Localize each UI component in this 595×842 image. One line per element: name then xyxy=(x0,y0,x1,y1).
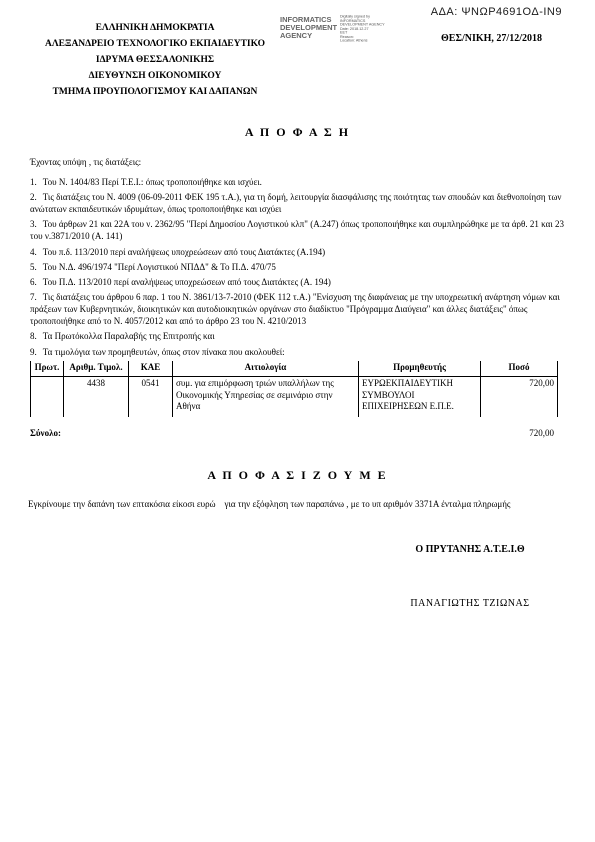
stamp-detail-lines: Digitally signed by INFORMATICS DEVELOPM… xyxy=(340,15,408,43)
legal-item-text: Του π.δ. 113/2010 περί αναλήψεως υποχρεώ… xyxy=(43,247,325,257)
signer-name: ΠΑΝΑΓΙΩΤΗΣ ΤΖΙΩΝΑΣ xyxy=(370,598,570,609)
letterhead: ΕΛΛΗΝΙΚΗ ΔΗΜΟΚΡΑΤΙΑ ΑΛΕΞΑΝΔΡΕΙΟ ΤΕΧΝΟΛΟΓ… xyxy=(10,20,300,100)
column-header-justification: Αιτιολογία xyxy=(173,361,359,377)
resolution-body: Εγκρίνουμε την δαπάνη των επτακόσια είκο… xyxy=(28,498,573,511)
cell-amount: 720,00 xyxy=(481,377,558,418)
column-header-prot: Πρωτ. xyxy=(31,361,64,377)
stamp-agency-label: INFORMATICS DEVELOPMENT AGENCY xyxy=(280,16,340,40)
legal-item-number: 3. xyxy=(30,219,37,229)
total-label: Σύνολο: xyxy=(30,428,61,438)
legal-item-text: Του Π.Δ. 113/2010 περί αναλήψεως υποχρεώ… xyxy=(43,277,331,287)
column-header-amount: Ποσό xyxy=(481,361,558,377)
legal-item: 6.Του Π.Δ. 113/2010 περί αναλήψεως υποχρ… xyxy=(30,276,568,288)
invoices-table-grid: Πρωτ. Αριθμ. Τιμολ. ΚΑΕ Αιτιολογία Προμη… xyxy=(30,361,558,417)
legal-item-text: Τις διατάξεις του Ν. 4009 (06-09-2011 ΦΕ… xyxy=(30,192,561,214)
table-header-row: Πρωτ. Αριθμ. Τιμολ. ΚΑΕ Αιτιολογία Προμη… xyxy=(31,361,558,377)
legal-item-number: 7. xyxy=(30,292,37,302)
legal-item-text: Τις διατάξεις του άρθρου 6 παρ. 1 του Ν.… xyxy=(30,292,560,326)
letterhead-line-directorate: ΔΙΕΥΘΥΝΣΗ ΟΙΚΟΝΟΜΙΚΟΥ xyxy=(10,68,300,84)
legal-item-number: 2. xyxy=(30,192,37,202)
legal-item-text: Του Ν. 1404/83 Περί Τ.Ε.Ι.: όπως τροποπο… xyxy=(43,177,262,187)
legal-item: 5.Του Ν.Δ. 496/1974 "Περί Λογιστικού ΝΠΔ… xyxy=(30,261,568,273)
legal-item: 9.Τα τιμολόγια των προμηθευτών, όπως στο… xyxy=(30,346,568,358)
stamp-detail-line: Location: Athens xyxy=(340,39,408,43)
legal-item-number: 8. xyxy=(30,331,37,341)
cell-invoice-no: 4438 xyxy=(64,377,129,418)
column-header-invoice-no: Αριθμ. Τιμολ. xyxy=(64,361,129,377)
signer-role: Ο ΠΡΥΤΑΝΗΣ Α.Τ.Ε.Ι.Θ xyxy=(370,544,570,555)
legal-item-number: 5. xyxy=(30,262,37,272)
letterhead-line-foundation: ΙΔΡΥΜΑ ΘΕΣΣΑΛΟΝΙΚΗΣ xyxy=(10,52,300,68)
legal-item-number: 9. xyxy=(30,347,37,357)
letterhead-line-institution: ΑΛΕΞΑΝΔΡΕΙΟ ΤΕΧΝΟΛΟΓΙΚΟ ΕΚΠΑΙΔΕΥΤΙΚΟ xyxy=(10,36,300,52)
invoices-table: Πρωτ. Αριθμ. Τιμολ. ΚΑΕ Αιτιολογία Προμη… xyxy=(30,361,557,417)
legal-item: 3.Του άρθρων 21 και 22Α του ν. 2362/95 "… xyxy=(30,218,568,242)
legal-item-number: 4. xyxy=(30,247,37,257)
legal-item-number: 6. xyxy=(30,277,37,287)
legal-item: 4.Του π.δ. 113/2010 περί αναλήψεως υποχρ… xyxy=(30,246,568,258)
cell-kae: 0541 xyxy=(129,377,173,418)
legal-item: 7.Τις διατάξεις του άρθρου 6 παρ. 1 του … xyxy=(30,291,568,327)
totals-row: Σύνολο: 720,00 xyxy=(30,428,557,438)
column-header-kae: ΚΑΕ xyxy=(129,361,173,377)
legal-item-text: Του άρθρων 21 και 22Α του ν. 2362/95 "Πε… xyxy=(30,219,564,241)
cell-supplier: ΕΥΡΩΕΚΠΑΙΔΕΥΤΙΚΗ ΣΥΜΒΟΥΛΟΙ ΕΠΙΧΕΙΡΗΣΕΩΝ … xyxy=(359,377,481,418)
legal-item: 1.Του Ν. 1404/83 Περί Τ.Ε.Ι.: όπως τροπο… xyxy=(30,176,568,188)
resolution-title: Α Π Ο Φ Α Σ Ι Ζ Ο Υ Μ Ε xyxy=(0,468,595,483)
table-row: 4438 0541 συμ. για επιμόρφωση τριών υπαλ… xyxy=(31,377,558,418)
legal-items-list: 1.Του Ν. 1404/83 Περί Τ.Ε.Ι.: όπως τροπο… xyxy=(30,176,568,361)
total-amount: 720,00 xyxy=(529,428,557,438)
ada-number: ΑΔΑ: ΨΝΩΡ4691ΟΔ-ΙΝ9 xyxy=(431,6,562,18)
legal-item-number: 1. xyxy=(30,177,37,187)
decision-title: Α Π Ο Φ Α Σ Η xyxy=(0,125,595,140)
column-header-supplier: Προμηθευτής xyxy=(359,361,481,377)
legal-item-text: Του Ν.Δ. 496/1974 "Περί Λογιστικού ΝΠΔΔ"… xyxy=(43,262,276,272)
cell-justification: συμ. για επιμόρφωση τριών υπαλλήλων της … xyxy=(173,377,359,418)
letterhead-line-republic: ΕΛΛΗΝΙΚΗ ΔΗΜΟΚΡΑΤΙΑ xyxy=(10,20,300,36)
legal-item-text: Τα τιμολόγια των προμηθευτών, όπως στον … xyxy=(43,347,285,357)
legal-item-text: Τα Πρωτόκολλα Παραλαβής της Επιτροπής κα… xyxy=(43,331,215,341)
cell-prot xyxy=(31,377,64,418)
place-and-date: ΘΕΣ/ΝΙΚΗ, 27/12/2018 xyxy=(441,33,542,44)
legal-item: 8.Τα Πρωτόκολλα Παραλαβής της Επιτροπής … xyxy=(30,330,568,342)
letterhead-line-department: ΤΜΗΜΑ ΠΡΟΥΠΟΛΟΓΙΣΜΟΥ ΚΑΙ ΔΑΠΑΝΩΝ xyxy=(10,84,300,100)
preamble: Έχοντας υπόψη , τις διατάξεις: xyxy=(30,157,141,167)
legal-item: 2.Τις διατάξεις του Ν. 4009 (06-09-2011 … xyxy=(30,191,568,215)
